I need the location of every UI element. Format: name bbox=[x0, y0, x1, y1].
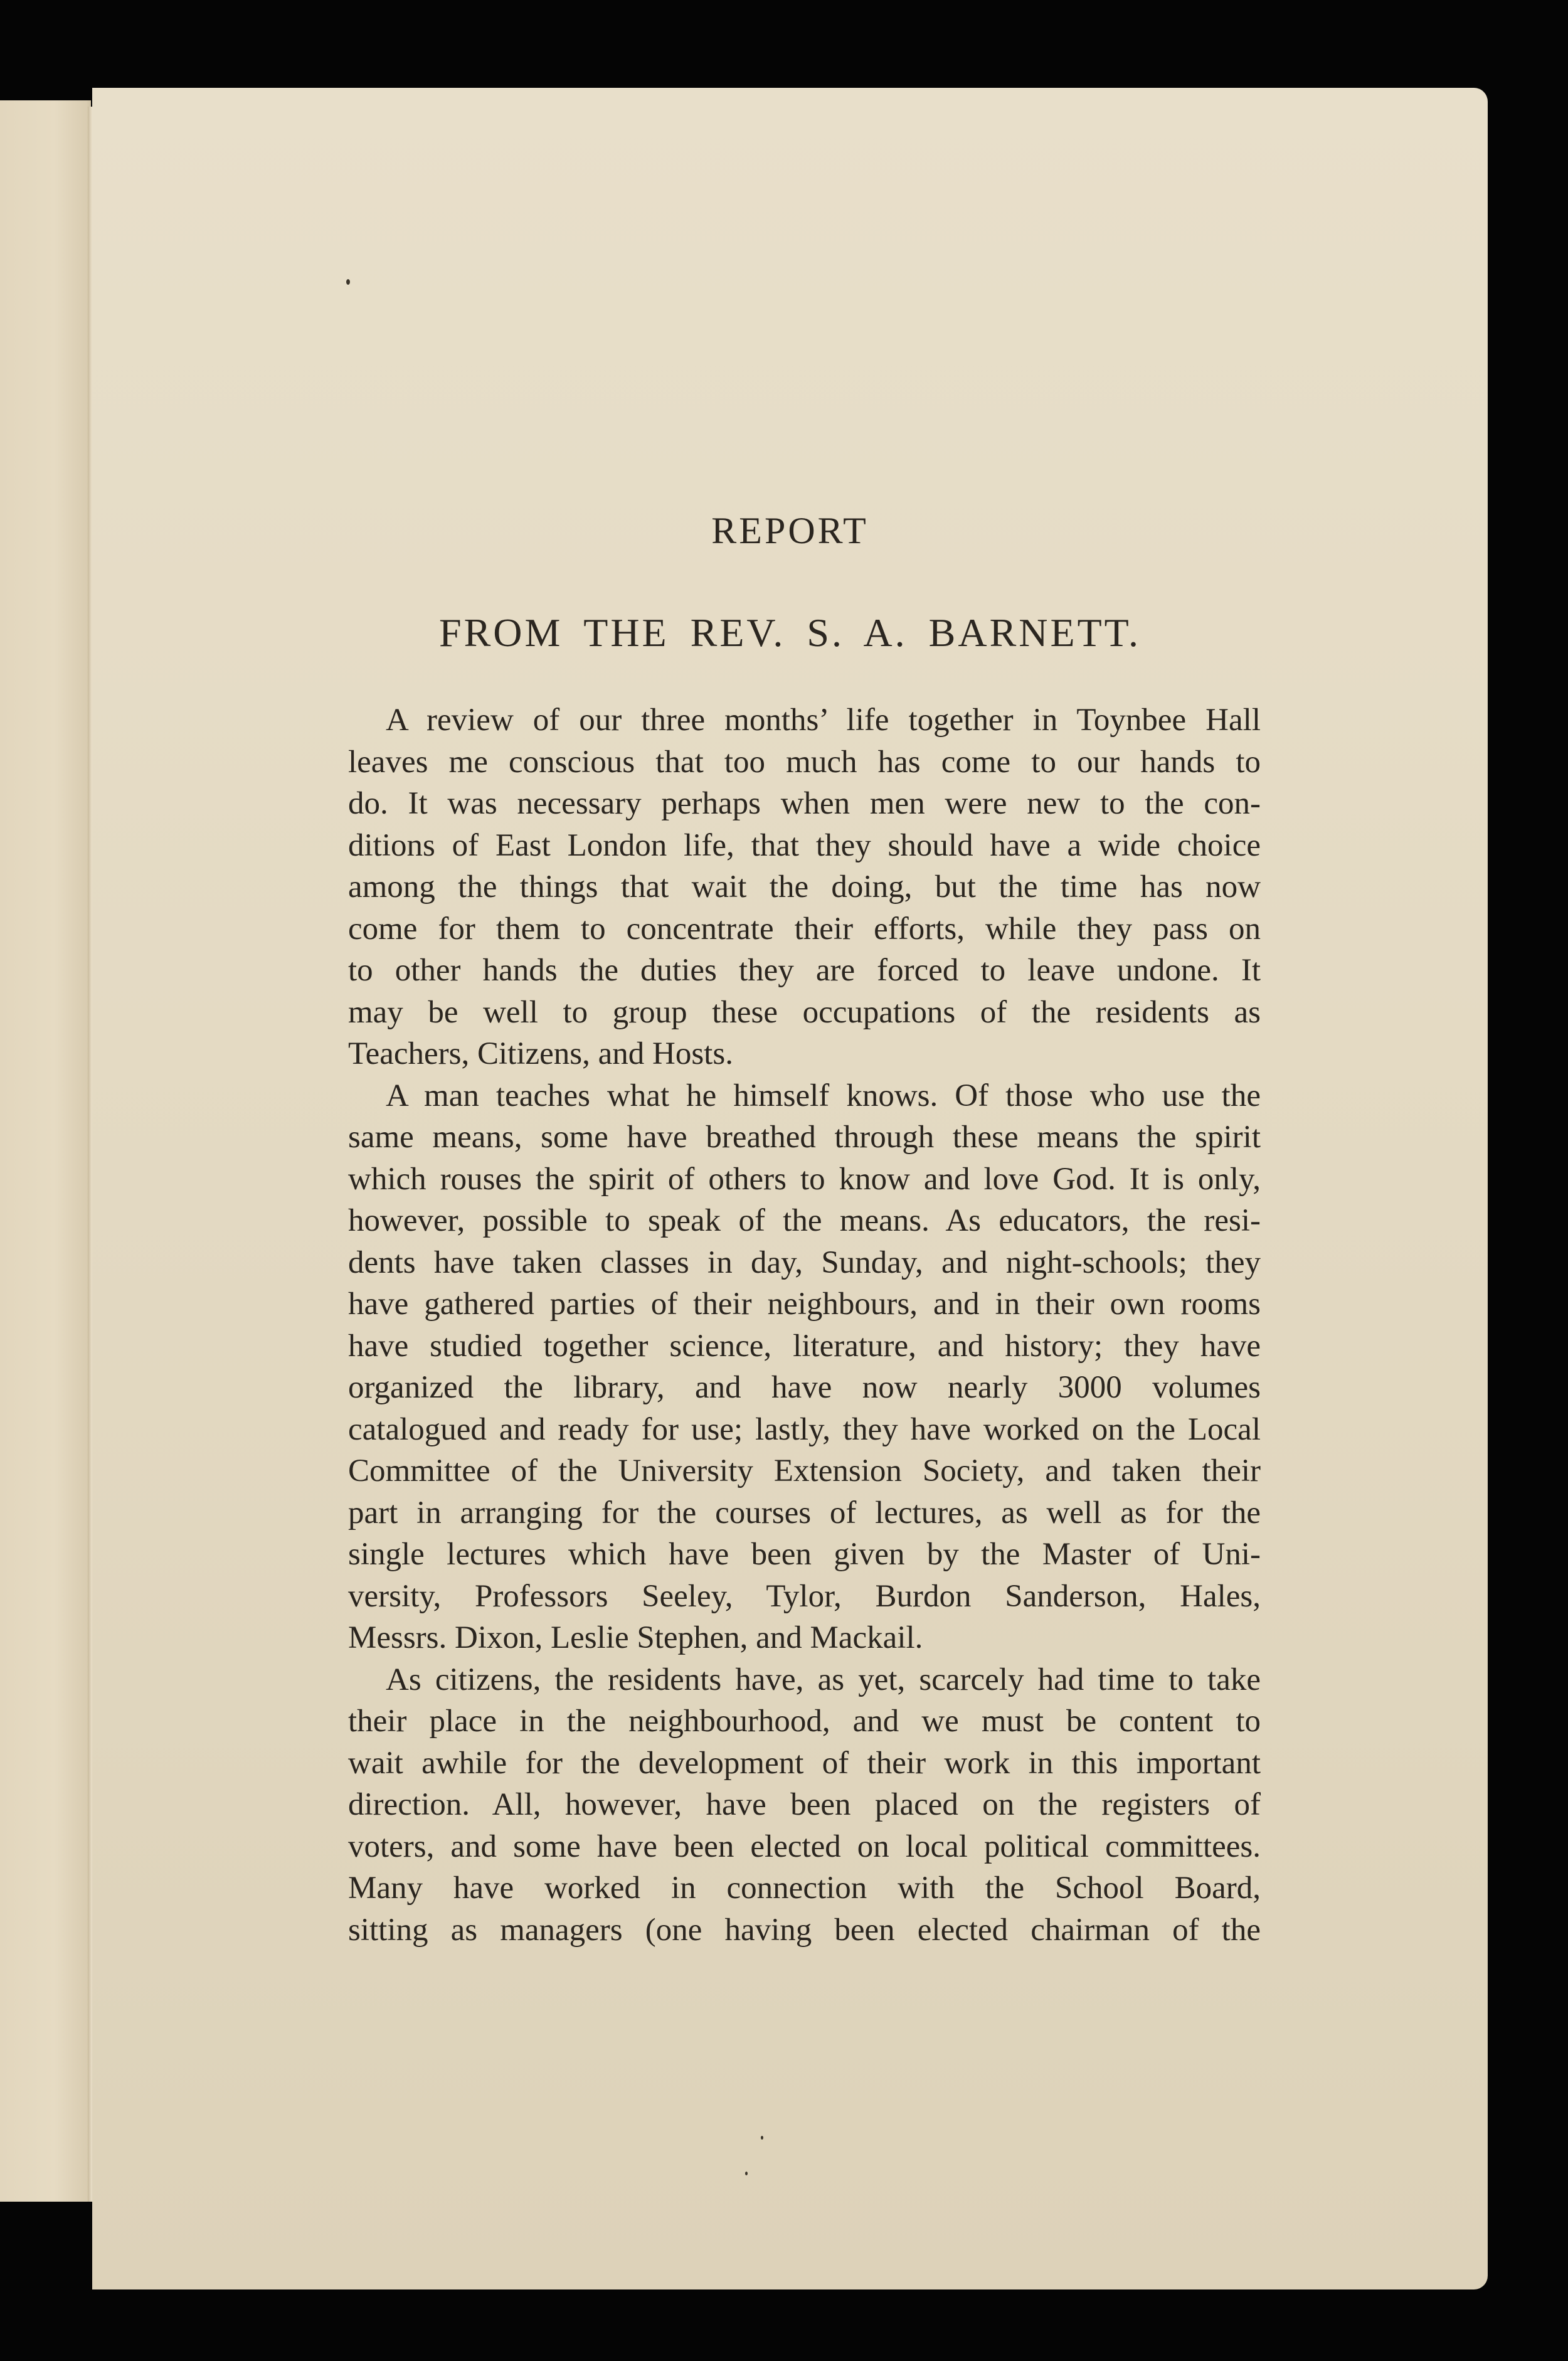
text-line: leaves me conscious that too much has co… bbox=[348, 741, 1261, 783]
paper-speck bbox=[761, 2136, 763, 2140]
page-title: REPORT bbox=[92, 509, 1488, 553]
text-line: Messrs. Dixon, Leslie Stephen, and Macka… bbox=[348, 1617, 1261, 1659]
paper-speck bbox=[745, 2172, 748, 2175]
text-line: to other hands the duties they are force… bbox=[348, 950, 1261, 992]
facing-page-edge bbox=[0, 100, 91, 2202]
text-line: may be well to group these occupations o… bbox=[348, 992, 1261, 1034]
text-line: organized the library, and have now near… bbox=[348, 1367, 1261, 1409]
body-text: A review of our three months’ life toget… bbox=[348, 699, 1261, 1951]
text-line: catalogued and ready for use; lastly, th… bbox=[348, 1409, 1261, 1451]
text-line: have gathered parties of their neighbour… bbox=[348, 1283, 1261, 1325]
document-page: REPORT FROM THE REV. S. A. BARNETT. A re… bbox=[92, 88, 1488, 2289]
text-line: versity, Professors Seeley, Tylor, Burdo… bbox=[348, 1576, 1261, 1618]
text-line: part in arranging for the courses of lec… bbox=[348, 1492, 1261, 1534]
text-line: same means, some have breathed through t… bbox=[348, 1117, 1261, 1159]
text-line: which rouses the spirit of others to kno… bbox=[348, 1159, 1261, 1201]
paper-speck bbox=[346, 279, 350, 285]
text-line: ditions of East London life, that they s… bbox=[348, 825, 1261, 867]
text-line: A man teaches what he himself knows. Of … bbox=[348, 1075, 1261, 1117]
text-line: sitting as managers (one having been ele… bbox=[348, 1909, 1261, 1951]
text-line: their place in the neighbourhood, and we… bbox=[348, 1700, 1261, 1743]
text-line: voters, and some have been elected on lo… bbox=[348, 1826, 1261, 1868]
text-line: among the things that wait the doing, bu… bbox=[348, 866, 1261, 908]
text-line: come for them to concentrate their effor… bbox=[348, 908, 1261, 950]
text-line: Teachers, Citizens, and Hosts. bbox=[348, 1033, 1261, 1075]
text-line: do. It was necessary perhaps when men we… bbox=[348, 783, 1261, 825]
text-line: wait awhile for the development of their… bbox=[348, 1743, 1261, 1785]
page-subtitle: FROM THE REV. S. A. BARNETT. bbox=[92, 610, 1488, 656]
text-line: Many have worked in connection with the … bbox=[348, 1867, 1261, 1909]
text-line: dents have taken classes in day, Sunday,… bbox=[348, 1242, 1261, 1284]
text-line: As citizens, the residents have, as yet,… bbox=[348, 1659, 1261, 1701]
text-line: A review of our three months’ life toget… bbox=[348, 699, 1261, 741]
text-line: have studied together science, literatur… bbox=[348, 1325, 1261, 1367]
text-line: however, possible to speak of the means.… bbox=[348, 1200, 1261, 1242]
text-line: direction. All, however, have been place… bbox=[348, 1784, 1261, 1826]
text-line: Committee of the University Extension So… bbox=[348, 1450, 1261, 1492]
text-line: single lectures which have been given by… bbox=[348, 1534, 1261, 1576]
